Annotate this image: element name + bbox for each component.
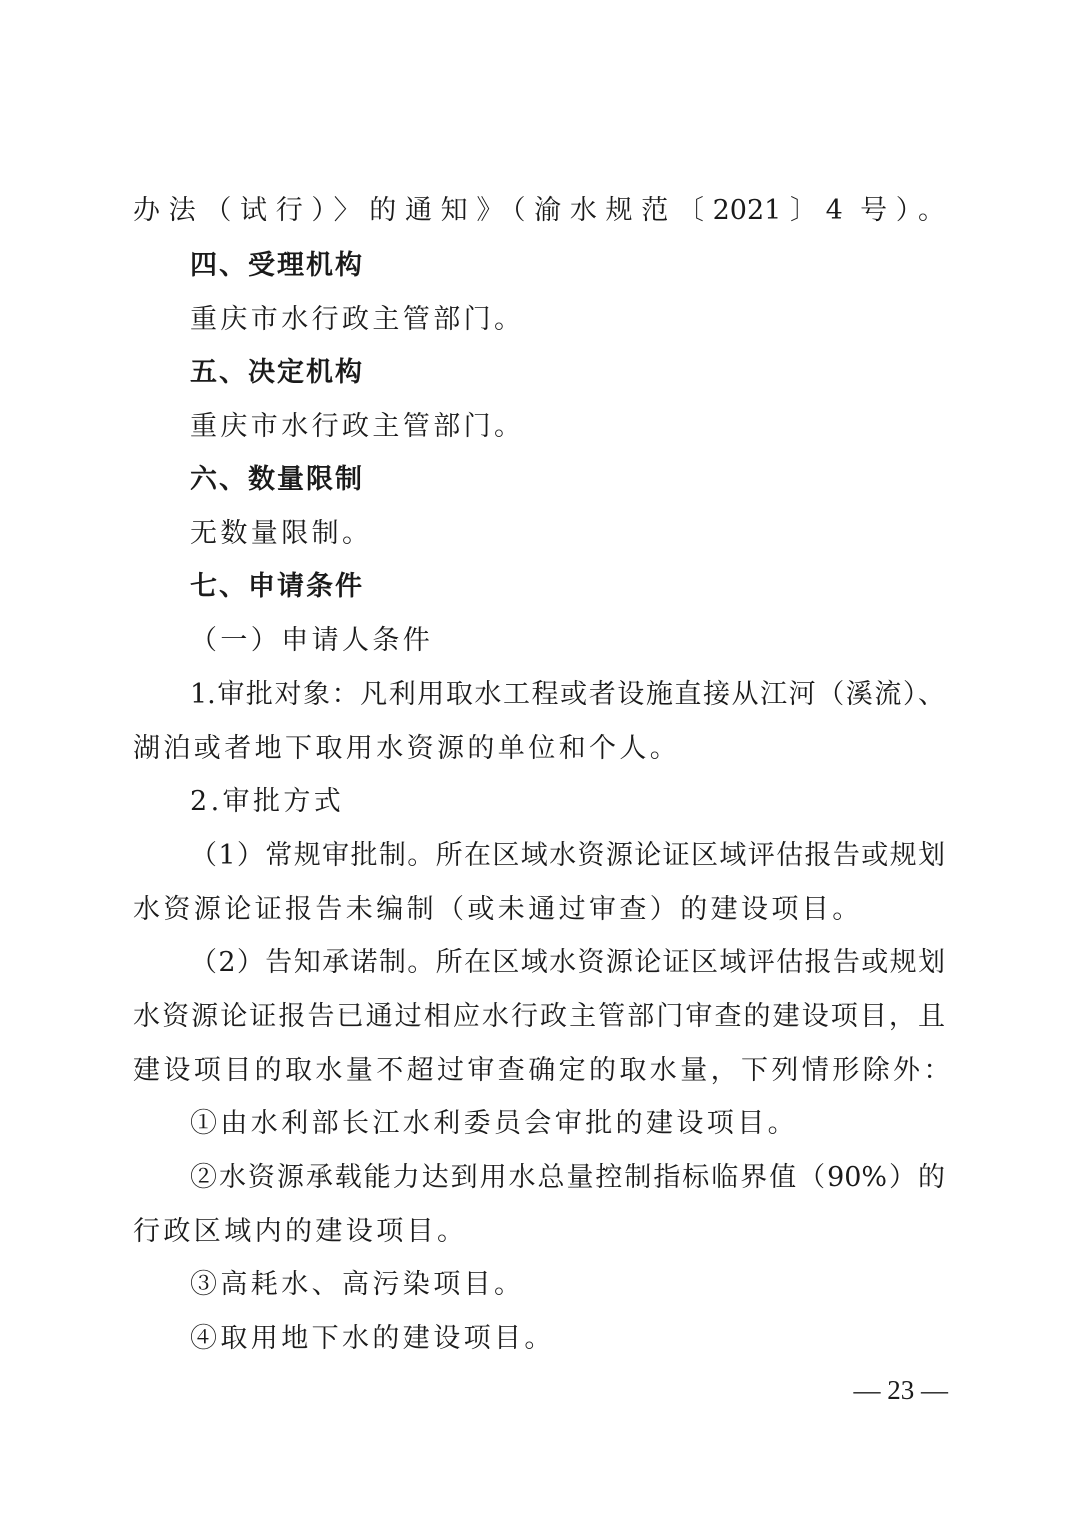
paragraph-line: 重庆市水行政主管部门。: [190, 302, 945, 338]
document-page: 办法（试行）〉的通知》（渝水规范〔2021〕4 号）。 四、受理机构 重庆市水行…: [0, 0, 1074, 1520]
paragraph-line: 1.审批对象：凡利用取水工程或者设施直接从江河（溪流）、: [190, 677, 945, 713]
paragraph-line: 无数量限制。: [190, 516, 945, 552]
paragraph-line: 水资源论证报告未编制（或未通过审查）的建设项目。: [133, 892, 945, 928]
paragraph-line: 行政区域内的建设项目。: [133, 1214, 945, 1250]
list-item: ③高耗水、高污染项目。: [190, 1267, 945, 1303]
paragraph-line: 水资源论证报告已通过相应水行政主管部门审查的建设项目，且: [133, 999, 945, 1035]
paragraph-line: 建设项目的取水量不超过审查确定的取水量，下列情形除外：: [133, 1053, 945, 1089]
list-item: ④取用地下水的建设项目。: [190, 1321, 945, 1357]
paragraph-line: 湖泊或者地下取用水资源的单位和个人。: [133, 731, 945, 767]
paragraph-line: 办法（试行）〉的通知》（渝水规范〔2021〕4 号）。: [133, 193, 945, 229]
paragraph-line: 重庆市水行政主管部门。: [190, 409, 945, 445]
list-item: ①由水利部长江水利委员会审批的建设项目。: [190, 1106, 945, 1142]
page-number: — 23 —: [838, 1372, 948, 1408]
section-heading-quantity-limit: 六、数量限制: [190, 462, 945, 498]
section-heading-application-conditions: 七、申请条件: [190, 569, 945, 605]
paragraph-line: 2.审批方式: [190, 784, 945, 820]
section-heading-acceptance-agency: 四、受理机构: [190, 248, 945, 284]
list-item: ②水资源承载能力达到用水总量控制指标临界值（90%）的: [190, 1160, 945, 1196]
paragraph-line: （1）常规审批制。所在区域水资源论证区域评估报告或规划: [190, 838, 945, 874]
paragraph-line: （2）告知承诺制。所在区域水资源论证区域评估报告或规划: [190, 945, 945, 981]
section-heading-decision-agency: 五、决定机构: [190, 355, 945, 391]
subsection-heading-applicant-conditions: （一）申请人条件: [190, 623, 945, 659]
